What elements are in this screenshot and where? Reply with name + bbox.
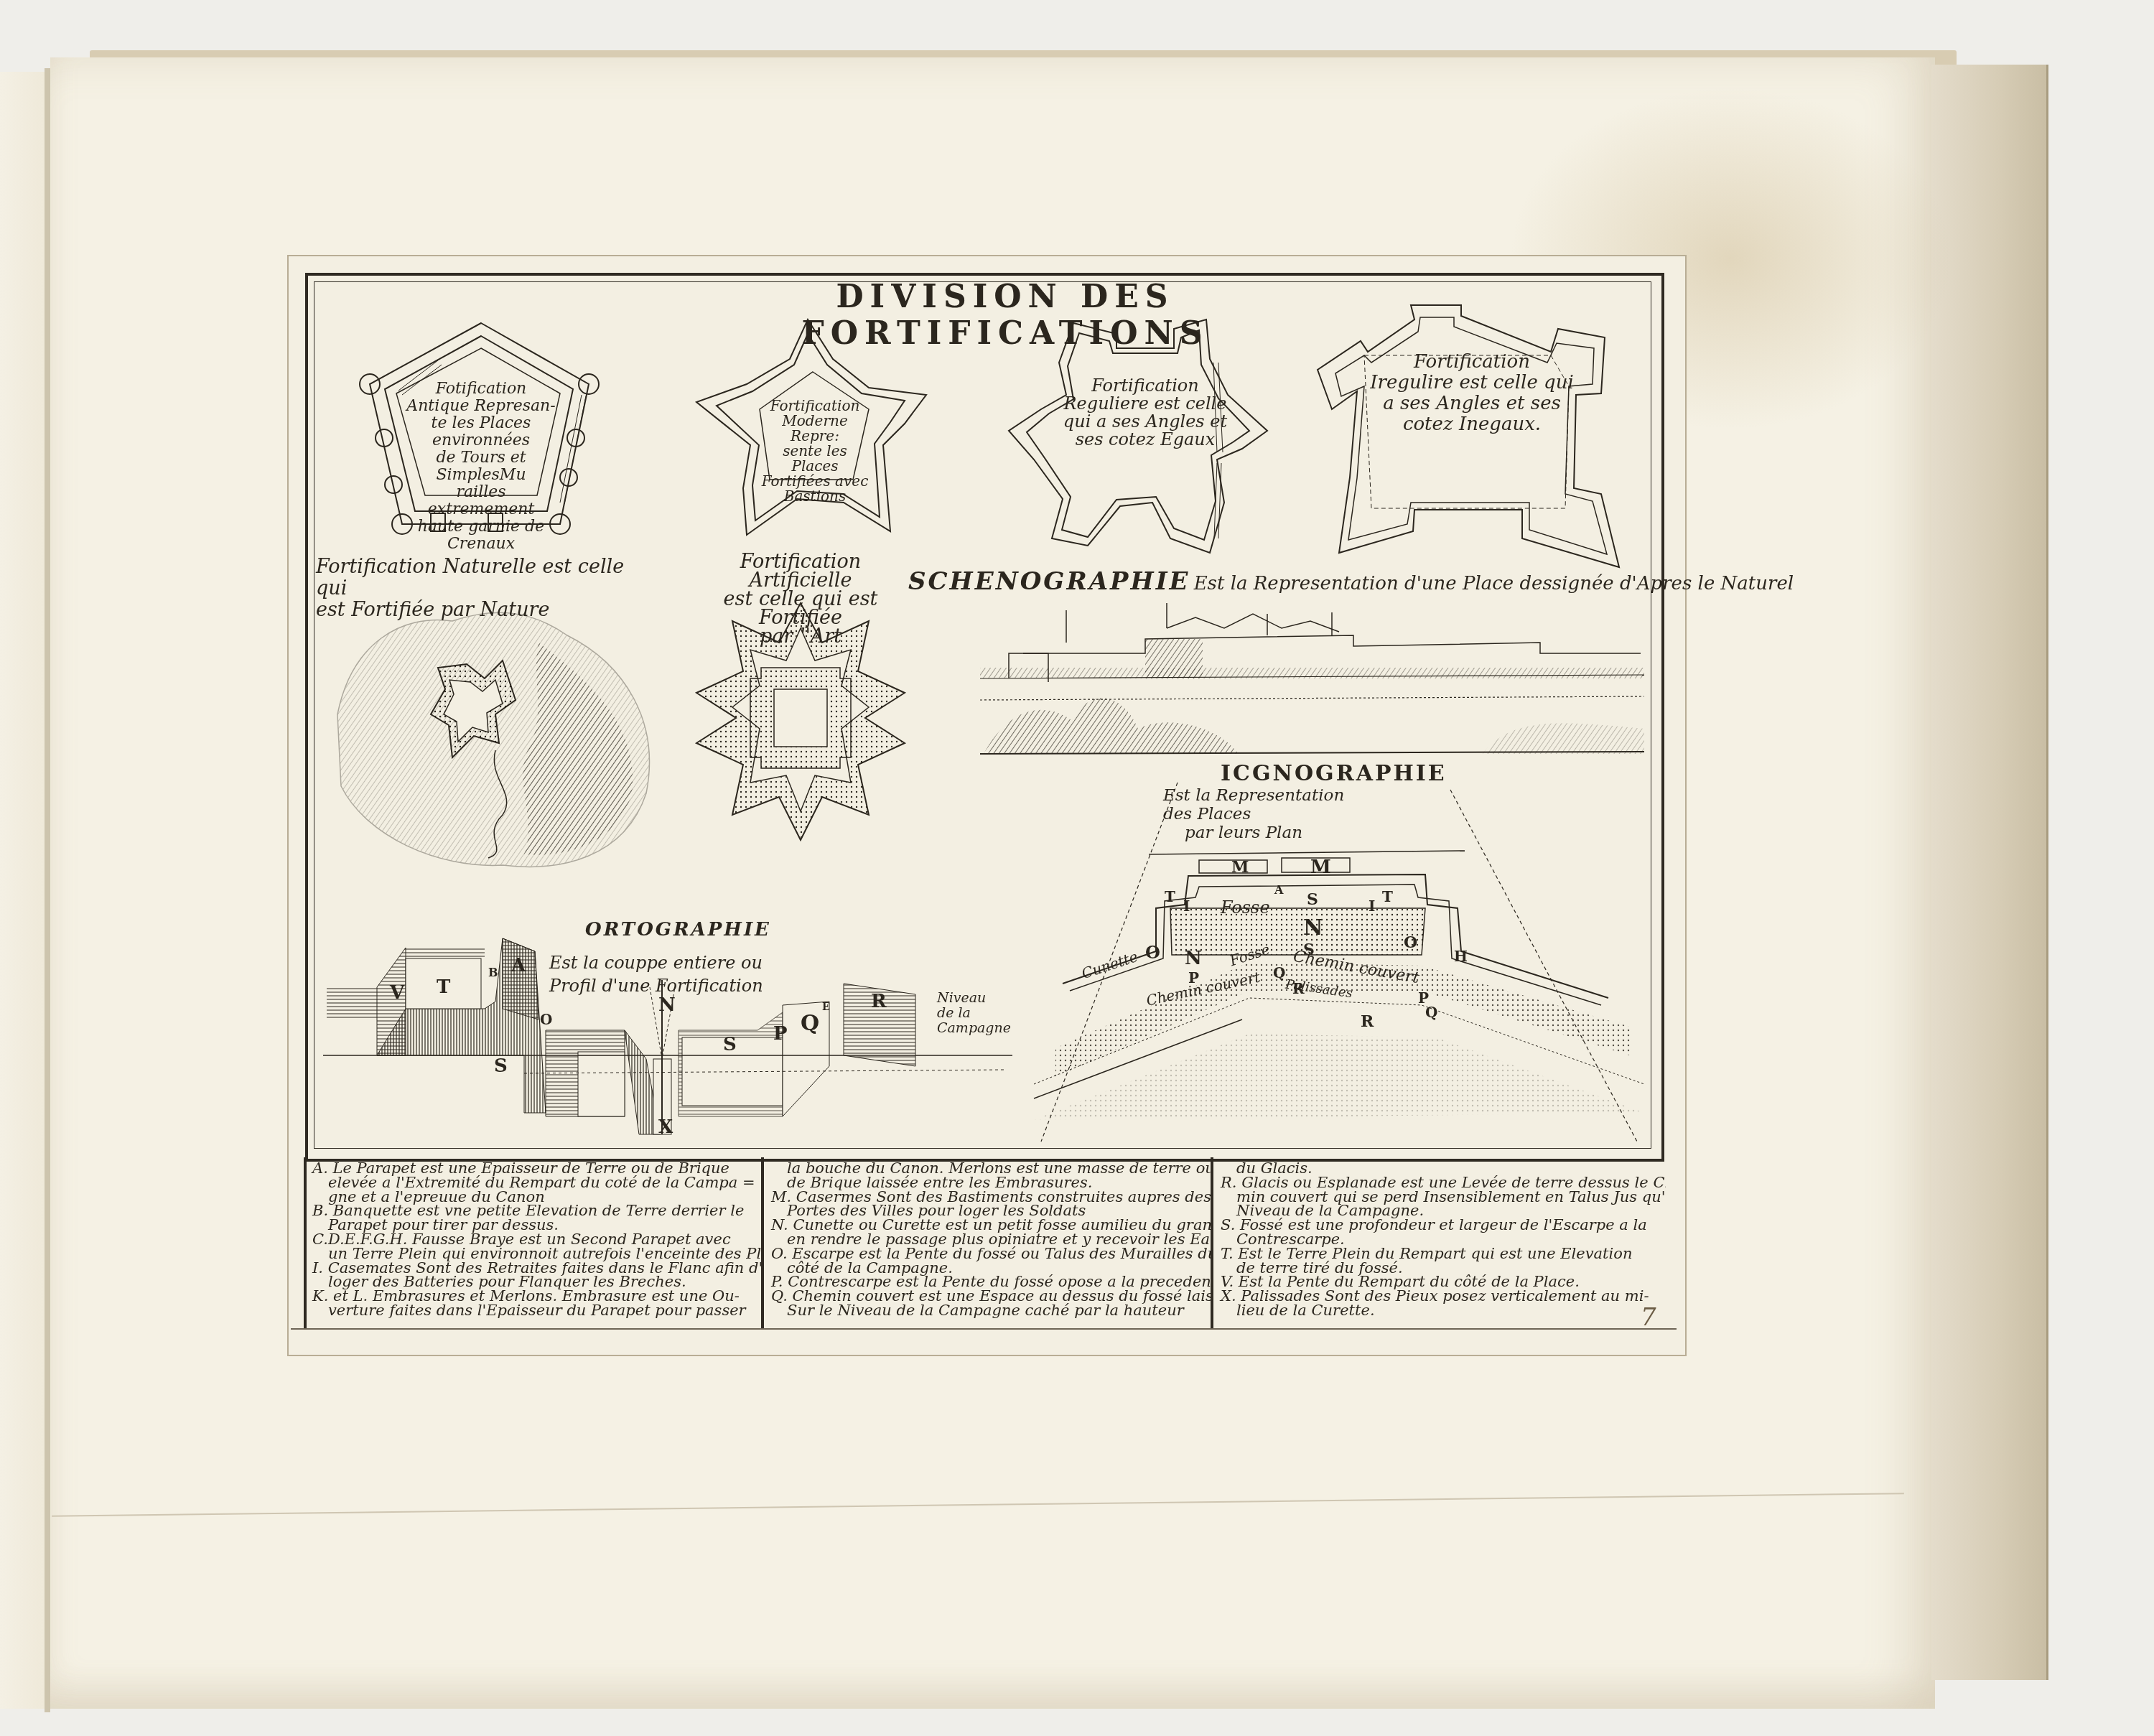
ortho-label-V: V (390, 982, 404, 1004)
icgno-label-Q-center: Q (1273, 964, 1285, 981)
irreguliere-fortification-text: Fortification Iregulire est celle qui a … (1368, 352, 1576, 435)
icgno-label-N-left: N (1185, 948, 1202, 969)
ortho-label-A: A (511, 955, 526, 976)
ortho-label-E: E (822, 1002, 830, 1013)
irreguliere-fortification-drawing (1307, 302, 1637, 574)
ortho-label-N: N (658, 994, 676, 1016)
natural-fortification-rock-drawing (323, 599, 661, 872)
legend-column-2: la bouche du Canon. Merlons est une mass… (764, 1157, 1211, 1330)
icgno-label-S-top: S (1307, 890, 1318, 909)
icgno-label-M2: M (1310, 857, 1331, 878)
icgno-label-N-center: N (1303, 915, 1323, 941)
icgno-label-A: A (1274, 883, 1283, 897)
ortho-label-Q: Q (801, 1011, 819, 1036)
ortho-label-P: P (773, 1023, 788, 1045)
schenographie-view-drawing (980, 599, 1644, 757)
icgno-label-R-bottom: R (1361, 1012, 1374, 1031)
icgno-label-T-right: T (1382, 888, 1393, 905)
schenographie-heading: SCHENOGRAPHIE Est la Representation d'un… (908, 567, 1794, 596)
reguliere-fortification-text: Fortification Reguliere est celle qui a … (1063, 377, 1228, 449)
legend-column-1: A. Le Parapet est une Epaisseur de Terre… (305, 1157, 761, 1330)
icgno-label-fosse-top: Fosse (1221, 897, 1270, 918)
ortho-label-B: B (488, 966, 498, 979)
ortographie-profile-drawing (323, 923, 1012, 1138)
icgno-label-Q-right: Q (1425, 1004, 1437, 1021)
niveau-de-la-campagne-label: Niveau de la Campagne (937, 991, 1011, 1036)
legend-column-3: du Glacis. R. Glacis ou Esplanade est un… (1213, 1157, 1666, 1330)
icgno-label-P-left: P (1188, 969, 1199, 986)
moderne-fortification-text: Fortification Moderne Repre: sente les P… (761, 398, 869, 504)
ortho-label-O: O (540, 1011, 552, 1028)
artificielle-star-fort-drawing (689, 599, 912, 844)
ortho-label-X: X (658, 1116, 673, 1138)
ortho-label-S2: S (723, 1034, 737, 1055)
icgno-label-M1: M (1231, 858, 1249, 877)
icgno-label-O-right: O (1404, 933, 1417, 952)
ortho-label-R: R (871, 991, 887, 1012)
icgno-label-I-right: I (1369, 897, 1375, 915)
icgno-label-H: H (1454, 948, 1468, 965)
ortho-label-S1: S (494, 1055, 508, 1077)
ortho-label-T: T (437, 976, 450, 998)
page-stack-edge (1931, 65, 2048, 1680)
album-spine (45, 68, 50, 1712)
icgno-label-I-left: I (1183, 897, 1190, 915)
icgno-label-O-left: O (1145, 942, 1160, 963)
plate-number: 7 (1641, 1303, 1656, 1332)
left-page (0, 72, 47, 1709)
antique-fortification-text: Fotification Antique Represan- te les Pl… (402, 381, 560, 553)
icgno-label-T-left: T (1165, 888, 1175, 905)
